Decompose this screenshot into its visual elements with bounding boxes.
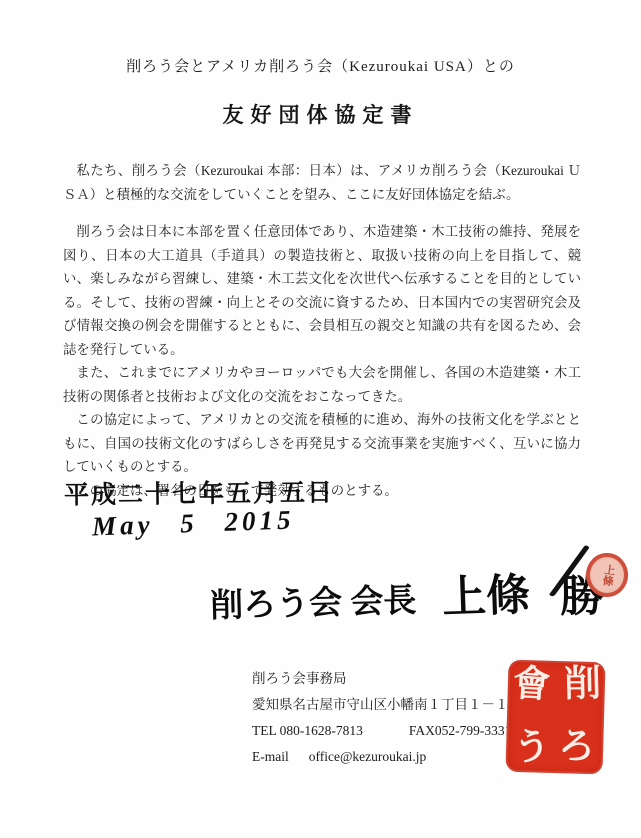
document-body: 私たち、削ろう会（Kezuroukai 本部：日本）は、アメリカ削ろう会（Kez… bbox=[63, 159, 581, 502]
signature-line: 削ろう会 会長 上條 勝 bbox=[210, 560, 604, 624]
paragraph-intro: 私たち、削ろう会（Kezuroukai 本部：日本）は、アメリカ削ろう会（Kez… bbox=[63, 159, 581, 206]
personal-round-seal: 上條 bbox=[586, 553, 628, 597]
footer-email-value: office@kezuroukai.jp bbox=[309, 749, 427, 764]
paragraph-organization: 削ろう会は日本に本部を置く任意団体であり、木造建築・木工技術の維持、発展を図り、… bbox=[63, 220, 581, 361]
paragraph-history: また、これまでにアメリカやヨーロッパでも大会を開催し、各国の木造建築・木工技術の… bbox=[63, 361, 581, 408]
signer-surname: 上條 bbox=[441, 558, 531, 625]
scanned-agreement-document: 削ろう会とアメリカ削ろう会（Kezuroukai USA）との 友好団体協定書 … bbox=[0, 0, 641, 838]
signer-role: 削ろう会 会長 bbox=[209, 574, 416, 626]
personal-seal-text: 上條 bbox=[600, 563, 614, 586]
seal-char: 削 bbox=[563, 665, 601, 703]
seal-char: ろ bbox=[556, 727, 596, 767]
footer-tel: TEL 080-1628-7813 bbox=[252, 723, 363, 738]
seal-char: 會 bbox=[512, 665, 551, 704]
organization-square-seal: 削 會 ろ う bbox=[505, 660, 605, 775]
seal-char: う bbox=[513, 729, 550, 766]
footer-fax: FAX052-799-3331 bbox=[409, 723, 512, 738]
document-subtitle: 削ろう会とアメリカ削ろう会（Kezuroukai USA）との bbox=[0, 55, 641, 76]
handwritten-date-english: May 5 2015 bbox=[92, 504, 295, 542]
paragraph-purpose: この協定によって、アメリカとの交流を積極的に進め、海外の技術文化を学ぶとともに、… bbox=[63, 408, 581, 479]
document-title: 友好団体協定書 bbox=[0, 99, 641, 129]
footer-email-label: E-mail bbox=[252, 749, 289, 764]
